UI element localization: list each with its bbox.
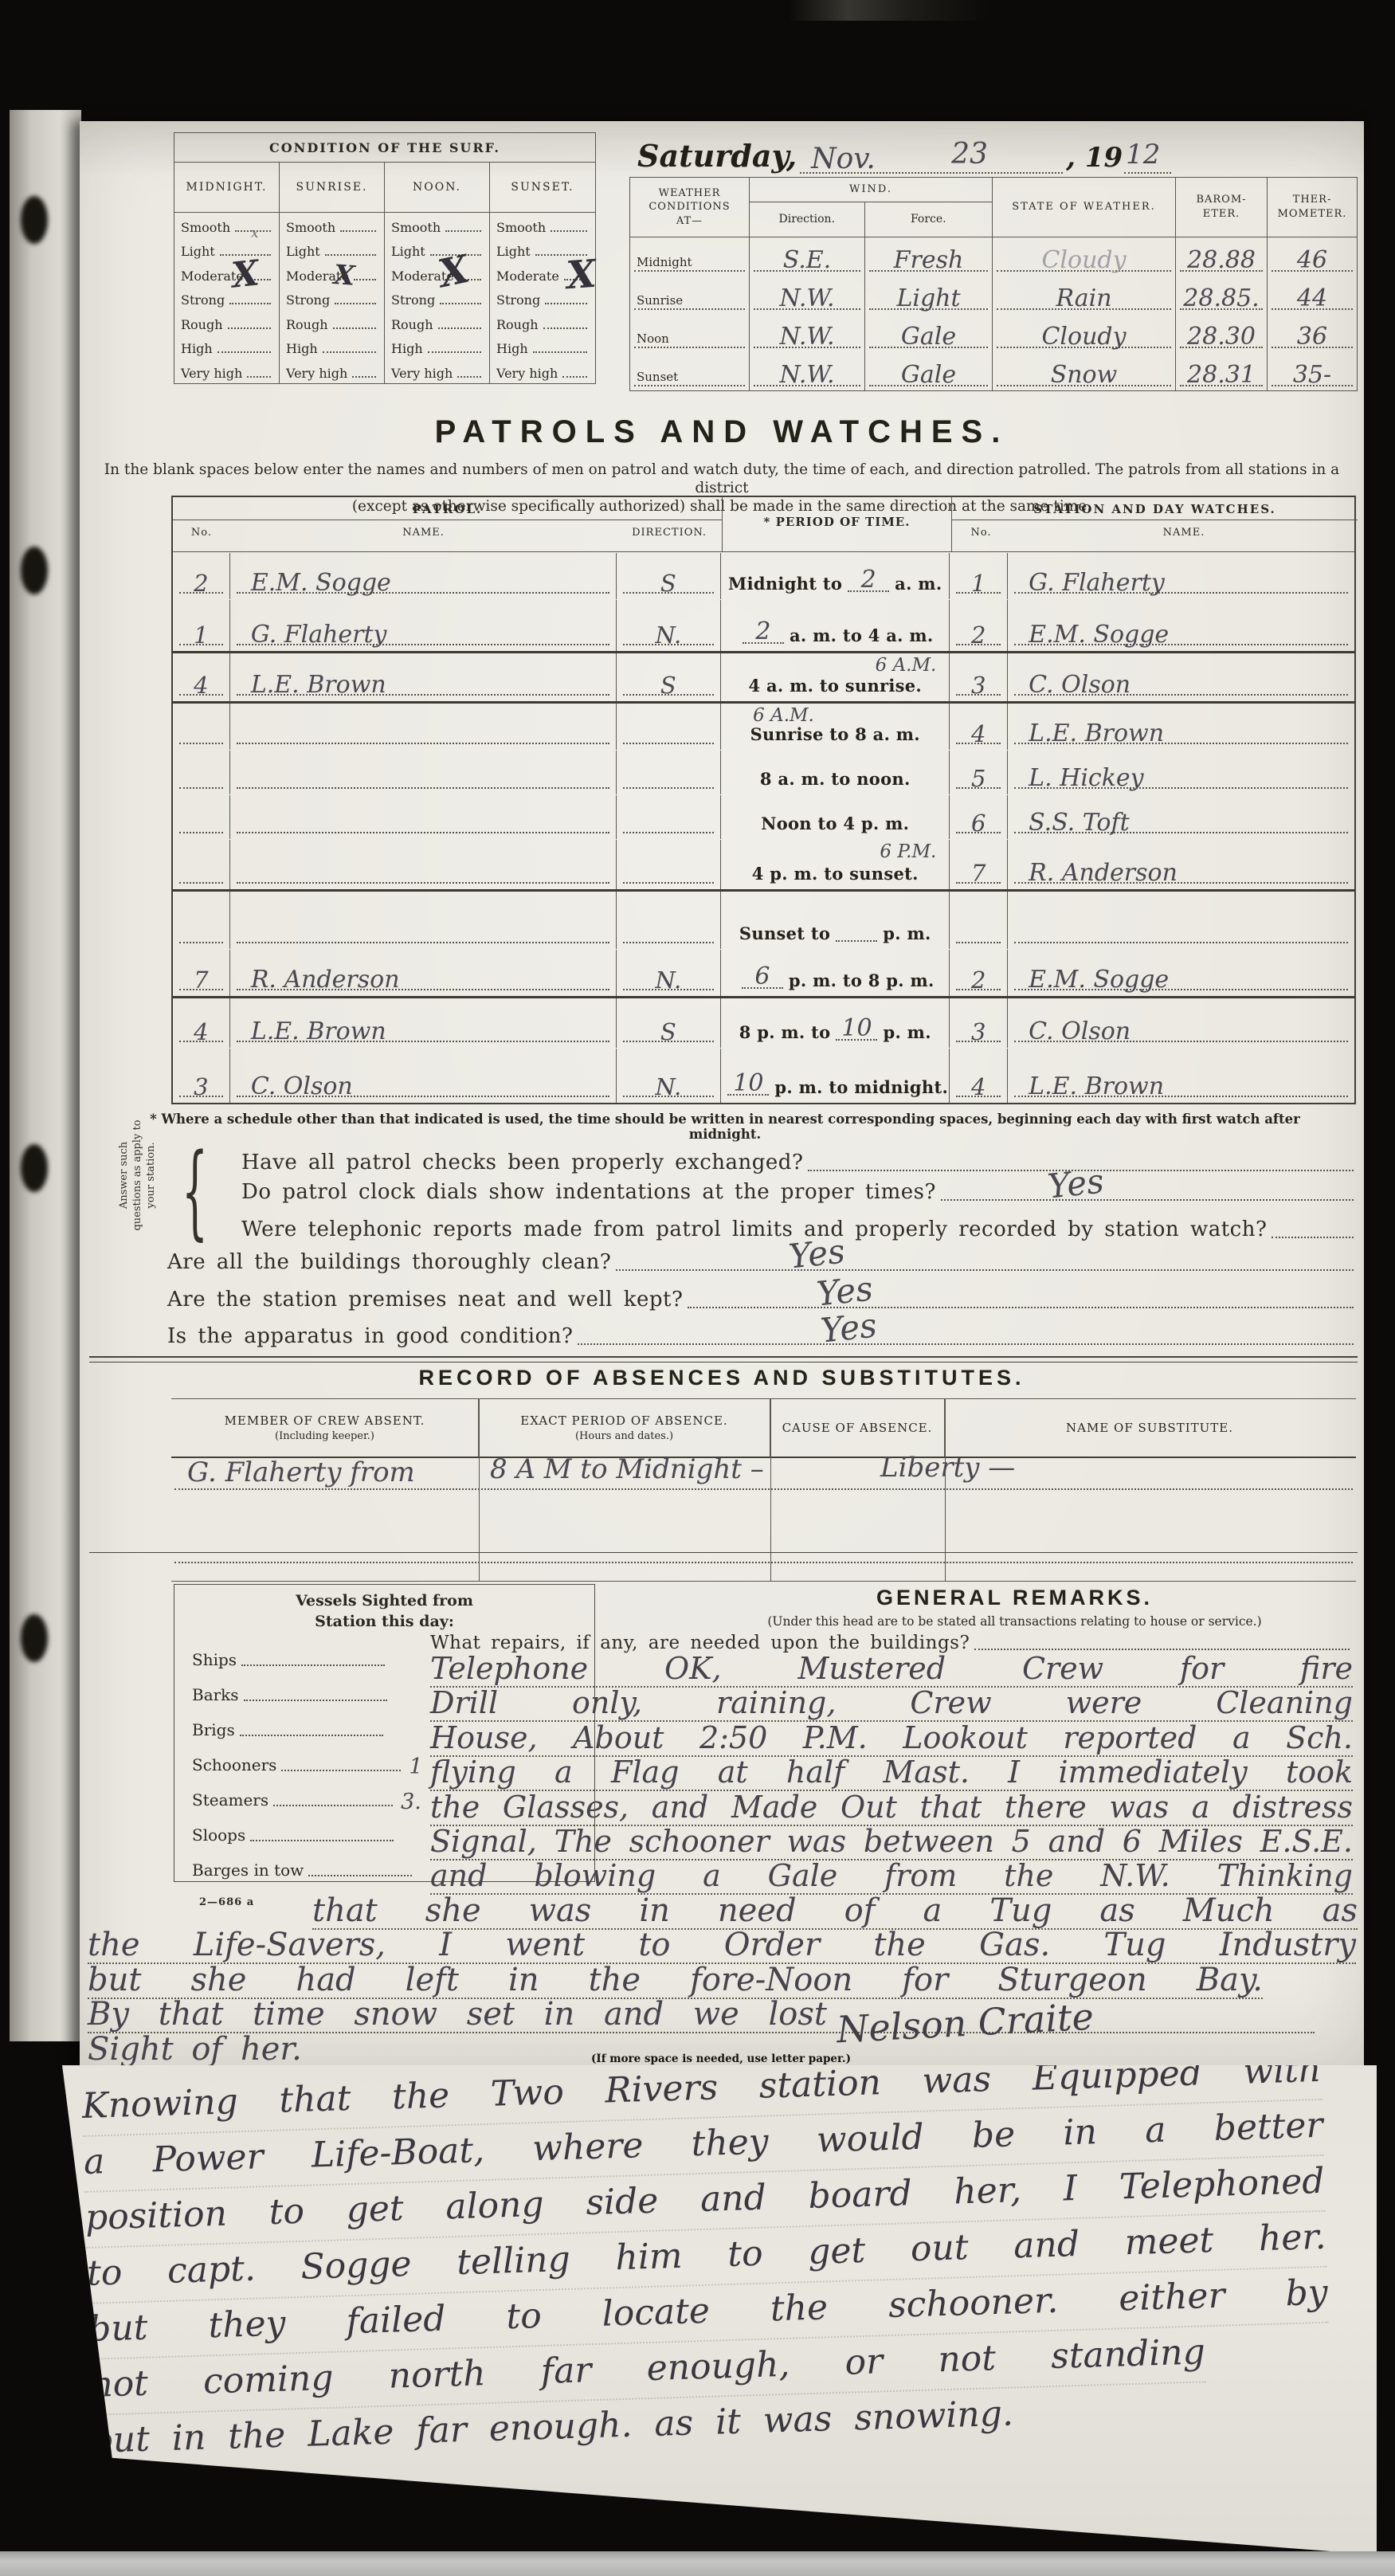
- more-space-note: (If more space is needed, use letter pap…: [510, 2053, 932, 2065]
- book-binding-edge: [10, 110, 81, 2041]
- period-printed: Midnight to: [728, 575, 842, 592]
- question-text: Were telephonic reports made from patrol…: [241, 1217, 1267, 1241]
- surf-mark-sunrise: X: [333, 261, 356, 290]
- watch-name: S.S. Toft: [1029, 809, 1129, 837]
- remark-line: the Life-Savers, I went to Order the Gas…: [88, 1927, 1356, 1964]
- surf-col-noon: NOON.: [385, 163, 490, 212]
- state-entry: Rain: [993, 284, 1175, 312]
- note-text-block: Knowing that the Two Rivers station was …: [81, 2045, 1332, 2470]
- vessels-heading-line2: Station this day:: [315, 1613, 454, 1630]
- weather-time-label: Sunrise: [637, 293, 683, 308]
- remark-line: House, About 2:50 P.M. Lookout reported …: [430, 1720, 1353, 1757]
- question-answer-written: Yes: [819, 1305, 879, 1350]
- wind-direction-entry: N.W.: [750, 361, 864, 389]
- watch-name: R. Anderson: [1029, 859, 1178, 887]
- period-printed: p. m. to 8 p. m.: [789, 972, 935, 989]
- barometer-entry: 28.85.: [1176, 284, 1267, 312]
- patrol-table-header: PATROL. No. NAME. DIRECTION. * PERIOD OF…: [173, 497, 1354, 552]
- patrol-table: PATROL. No. NAME. DIRECTION. * PERIOD OF…: [171, 496, 1356, 1104]
- date-month-written: Nov.: [811, 143, 876, 175]
- date-year-prefix: , 19: [1066, 142, 1123, 174]
- attached-note-paper: Knowing that the Two Rivers station was …: [62, 2065, 1377, 2575]
- wind-direction-entry: N.W.: [750, 284, 864, 312]
- watch-name: L.E. Brown: [1029, 719, 1164, 747]
- patrol-row: 4 L.E. Brown S 8 p. m. to10p. m. 3 C. Ol…: [173, 996, 1354, 1048]
- wind-direction-entry: N.W.: [750, 323, 864, 351]
- absences-table-header: MEMBER OF CREW ABSENT.(Including keeper.…: [171, 1399, 1356, 1458]
- watch-name: C. Olson: [1029, 1017, 1130, 1045]
- weather-row-sunrise: Sunrise N.W. Light Rain 28.85. 44: [630, 276, 1357, 314]
- date-year-written: 12: [1124, 139, 1171, 174]
- period-printed: a. m. to 4 a. m.: [790, 627, 934, 644]
- weather-table-header: WEATHER CONDITIONS AT— WIND. Direction. …: [630, 178, 1357, 237]
- vessel-type-label: Barges in tow: [192, 1860, 304, 1880]
- watches-header-label: STATION AND DAY WATCHES.: [952, 497, 1358, 520]
- question-line: Do patrol clock dials show indentations …: [241, 1177, 1357, 1204]
- patrol-row: Noon to 4 p. m. 6 S.S. Toft: [173, 794, 1354, 839]
- wind-force-entry: Gale: [865, 361, 992, 389]
- absence-cause-written: Liberty —: [880, 1452, 1015, 1484]
- patrolman-number: 4: [173, 672, 229, 699]
- vessels-heading-line1: Vessels Sighted from: [296, 1592, 473, 1610]
- surf-level: Rough: [286, 317, 328, 332]
- patrol-row: 6 A.M.Sunrise to 8 a. m. 4 L.E. Brown: [173, 701, 1354, 750]
- scan-smudge: [789, 0, 988, 21]
- remark-line: By that time snow set in and we lost: [88, 1997, 1315, 2033]
- question-line: Are all the buildings thoroughly clean? …: [167, 1247, 1357, 1274]
- absences-col-sublabel: (Hours and dates.): [479, 1430, 770, 1442]
- surf-level: Light: [181, 244, 215, 259]
- thermometer-entry: 44: [1268, 284, 1357, 312]
- patrolman-name: E.M. Sogge: [251, 569, 391, 597]
- question-line: Have all patrol checks been properly exc…: [241, 1147, 1357, 1174]
- surf-level: Rough: [496, 317, 539, 332]
- col-name-label: NAME.: [1010, 520, 1358, 539]
- surf-level: Very high: [496, 366, 558, 381]
- surf-level: Smooth: [181, 220, 230, 235]
- state-entry: Cloudy: [993, 323, 1175, 351]
- weather-header-line: CONDITIONS: [630, 200, 749, 214]
- surf-level: Strong: [286, 292, 330, 308]
- surf-level: Moderate: [496, 269, 559, 284]
- remark-line: Drill only, raining, Crew were Cleaning: [430, 1685, 1353, 1722]
- barometer-entry: 28.31: [1176, 361, 1267, 389]
- wind-force-entry: Gale: [865, 323, 992, 351]
- weather-row-sunset: Sunset N.W. Gale Snow 28.31 35-: [630, 352, 1357, 390]
- period-written: 2: [861, 566, 876, 594]
- surf-level: Very high: [391, 366, 453, 381]
- watch-number: 4: [950, 1073, 1007, 1100]
- patrol-direction: S: [617, 570, 721, 597]
- barometer-label: ETER.: [1176, 207, 1267, 222]
- section-divider: [89, 1356, 1358, 1362]
- surf-level: Strong: [391, 292, 435, 308]
- weather-col-thermometer: THER- MOMETER.: [1268, 178, 1357, 237]
- patrolman-name: G. Flaherty: [251, 621, 387, 649]
- weather-row-noon: Noon N.W. Gale Cloudy 28.30 36: [630, 314, 1357, 352]
- watch-number: 5: [950, 765, 1007, 792]
- period-printed: 4 p. m. to sunset.: [752, 865, 919, 882]
- patrolman-name: R. Anderson: [251, 966, 400, 994]
- watch-number: 2: [950, 966, 1007, 994]
- weather-col-wind: WIND. Direction. Force.: [750, 178, 993, 237]
- write-in-line: [174, 1562, 1353, 1563]
- surf-level: Light: [391, 244, 425, 259]
- weather-col-conditions: WEATHER CONDITIONS AT—: [630, 178, 750, 237]
- question-line: Is the apparatus in good condition? Yes: [167, 1321, 1357, 1348]
- vessel-type-label: Steamers: [192, 1790, 268, 1809]
- barometer-entry: 28.30: [1176, 323, 1267, 351]
- watch-number: 6: [950, 810, 1007, 837]
- remark-line: and blowing a Gale from the N.W. Thinkin…: [430, 1858, 1353, 1895]
- period-printed: a. m.: [895, 575, 942, 592]
- patrol-row: 8 a. m. to noon. 5 L. Hickey: [173, 750, 1354, 794]
- surf-level: High: [496, 341, 528, 356]
- weather-time-label: Sunset: [637, 370, 678, 384]
- period-printed: 4 a. m. to sunrise.: [748, 677, 922, 694]
- surf-mark-midnight: X: [230, 256, 261, 293]
- weather-header-line: AT—: [630, 214, 749, 229]
- patrolman-number: 2: [173, 570, 229, 597]
- question-answer-written: Yes: [787, 1231, 847, 1276]
- thermometer-entry: 36: [1268, 323, 1357, 351]
- scan-bottom-strip: [0, 2551, 1395, 2576]
- period-printed: Sunset to: [739, 925, 830, 942]
- patrol-row: 6 P.M.4 p. m. to sunset. 7 R. Anderson: [173, 839, 1354, 889]
- surf-level: Strong: [181, 292, 225, 308]
- question-answer-written: Yes: [1046, 1161, 1106, 1206]
- binding-mark: [21, 1144, 48, 1192]
- surf-table-header: MIDNIGHT. SUNRISE. NOON. SUNSET.: [174, 163, 595, 213]
- absences-section-title: RECORD OF ABSENCES AND SUBSTITUTES.: [80, 1366, 1364, 1390]
- vessel-type-label: Sloops: [192, 1825, 245, 1845]
- patrol-row: Sunset top. m.: [173, 889, 1354, 949]
- watch-number: 3: [950, 672, 1007, 699]
- surf-mark-sunset: X: [565, 255, 598, 295]
- general-remarks-title: GENERAL REMARKS.: [594, 1586, 1395, 1610]
- watch-name: L.E. Brown: [1029, 1072, 1164, 1100]
- thermometer-label: MOMETER.: [1268, 207, 1357, 222]
- surf-level: Strong: [496, 292, 540, 308]
- absences-col-label: NAME OF SUBSTITUTE.: [945, 1421, 1354, 1435]
- period-printed: p. m.: [883, 925, 931, 942]
- watch-name: E.M. Sogge: [1029, 621, 1169, 649]
- wind-direction-label: Direction.: [750, 202, 865, 237]
- date-line: Saturday, Nov. 23 , 19 12: [637, 132, 1171, 174]
- surf-level: Smooth: [391, 220, 441, 235]
- surf-table-title: CONDITION OF THE SURF.: [174, 133, 595, 163]
- period-printed: Sunrise to 8 a. m.: [750, 726, 920, 743]
- remark-line: that she was in need of a Tug as Much as: [312, 1893, 1358, 1930]
- binding-mark: [21, 547, 48, 594]
- wind-label: WIND.: [750, 178, 992, 202]
- surf-col-sunrise: SUNRISE.: [280, 163, 385, 212]
- weather-time-label: Midnight: [637, 255, 692, 269]
- table-divider: [945, 1399, 946, 1581]
- period-written: 2: [755, 618, 770, 645]
- watch-name: C. Olson: [1029, 671, 1130, 699]
- patrolman-number: 3: [173, 1073, 229, 1100]
- form-number: 2—686 a: [199, 1896, 254, 1908]
- col-direction-label: DIRECTION.: [617, 520, 722, 539]
- period-printed: p. m. to midnight.: [774, 1079, 948, 1096]
- period-printed: 8 a. m. to noon.: [760, 770, 911, 787]
- patrolman-name: L.E. Brown: [251, 671, 386, 699]
- date-day-label: Saturday,: [637, 138, 797, 174]
- surf-col-midnight: MIDNIGHT.: [174, 163, 280, 212]
- question-text: Have all patrol checks been properly exc…: [241, 1151, 803, 1174]
- state-entry: Snow: [993, 361, 1175, 389]
- state-entry: Cloudy: [993, 246, 1175, 274]
- surf-level: High: [391, 341, 423, 356]
- question-text: Do patrol clock dials show indentations …: [241, 1180, 936, 1204]
- period-of-time-label: * PERIOD OF TIME.: [764, 515, 911, 529]
- vessel-count-written: 1: [409, 1755, 422, 1779]
- patrol-direction: N.: [617, 966, 721, 994]
- absences-col-label: CAUSE OF ABSENCE.: [770, 1421, 944, 1435]
- write-in-line: [174, 1488, 1353, 1490]
- col-no-label: No.: [952, 520, 1010, 539]
- patrols-section-title: PATROLS AND WATCHES.: [80, 414, 1364, 450]
- period-printed: Noon to 4 p. m.: [761, 815, 909, 832]
- patrol-row: 4 L.E. Brown S 6 A.M.4 a. m. to sunrise.…: [173, 651, 1354, 701]
- surf-level: Smooth: [496, 220, 546, 235]
- watch-name: G. Flaherty: [1029, 569, 1165, 597]
- wind-direction-entry: S.E.: [750, 246, 864, 274]
- binding-mark: [21, 1614, 48, 1662]
- remark-line: flying a Flag at half Mast. I immediatel…: [430, 1755, 1353, 1791]
- question-text: Are all the buildings thoroughly clean?: [167, 1250, 611, 1274]
- scanned-logbook-photo: CONDITION OF THE SURF. MIDNIGHT. SUNRISE…: [0, 0, 1395, 2576]
- surf-level: Very high: [286, 366, 347, 381]
- vessel-type-label: Barks: [192, 1685, 239, 1704]
- patrolman-name: L.E. Brown: [251, 1017, 386, 1045]
- watch-number: 2: [950, 621, 1007, 649]
- weather-row-midnight: Midnight S.E. Fresh Cloudy 28.88 46: [630, 237, 1357, 276]
- table-divider: [479, 1399, 480, 1581]
- thermometer-label: THER-: [1268, 193, 1357, 207]
- questions-brace: {: [182, 1135, 208, 1252]
- patrol-direction: S: [617, 1018, 721, 1045]
- binding-mark: [21, 196, 48, 244]
- col-name-label: NAME.: [230, 520, 617, 539]
- surf-level: High: [181, 341, 213, 356]
- watch-number: 1: [950, 570, 1007, 597]
- period-note-written: 6 A.M.: [753, 705, 814, 726]
- absent-member-written: G. Flaherty from: [187, 1457, 415, 1488]
- vessels-box-heading: Vessels Sighted from Station this day:: [174, 1585, 594, 1632]
- period-note-written: 6 A.M.: [876, 655, 937, 676]
- weather-table: WEATHER CONDITIONS AT— WIND. Direction. …: [629, 177, 1358, 391]
- question-text: Are the station premises neat and well k…: [167, 1288, 683, 1312]
- period-written: 6: [754, 963, 770, 990]
- thermometer-entry: 46: [1268, 246, 1357, 274]
- watch-number: 3: [950, 1018, 1007, 1045]
- patrol-row: 1 G. Flaherty N. 2a. m. to 4 a. m. 2 E.M…: [173, 599, 1354, 651]
- watch-name: E.M. Sogge: [1029, 966, 1169, 994]
- vessel-type-label: Brigs: [192, 1720, 235, 1739]
- barometer-label: BAROM-: [1176, 193, 1267, 207]
- remark-line: the Glasses, and Made Out that there was…: [430, 1790, 1353, 1826]
- wind-force-label: Force.: [865, 202, 992, 237]
- patrol-row: 2 E.M. Sogge S Midnight to2a. m. 1 G. Fl…: [173, 552, 1354, 599]
- question-text: Is the apparatus in good condition?: [167, 1324, 573, 1348]
- surf-level: Rough: [181, 317, 223, 332]
- weather-time-label: Noon: [637, 331, 669, 346]
- vessel-type-label: Ships: [192, 1650, 237, 1669]
- watch-name: L. Hickey: [1029, 764, 1143, 792]
- state-of-weather-label: STATE OF WEATHER.: [993, 200, 1175, 214]
- surf-level: Very high: [181, 366, 242, 381]
- surf-level: Light: [496, 244, 531, 259]
- watch-number: 4: [950, 720, 1007, 747]
- surf-level: Smooth: [286, 220, 335, 235]
- absences-table: MEMBER OF CREW ABSENT.(Including keeper.…: [171, 1398, 1356, 1582]
- wind-force-entry: Fresh: [865, 246, 992, 274]
- surf-level: High: [286, 341, 318, 356]
- table-divider: [770, 1399, 771, 1581]
- absences-col-sublabel: (Including keeper.): [171, 1430, 478, 1442]
- col-no-label: No.: [173, 520, 230, 539]
- log-page: CONDITION OF THE SURF. MIDNIGHT. SUNRISE…: [80, 121, 1364, 2075]
- remark-line: Signal, The schooner was between 5 and 6…: [430, 1824, 1353, 1860]
- surf-col-sunset: SUNSET.: [490, 163, 595, 212]
- vessel-type-label: Schooners: [192, 1755, 276, 1774]
- patrolman-name: C. Olson: [251, 1072, 353, 1100]
- patrolman-number: 1: [173, 621, 229, 649]
- weather-col-state: STATE OF WEATHER.: [993, 178, 1176, 237]
- patrol-direction: N.: [617, 621, 721, 649]
- patrol-direction: N.: [617, 1073, 721, 1100]
- question-line: Are the station premises neat and well k…: [167, 1284, 1357, 1312]
- remark-line: Telephone OK, Mustered Crew for fire: [430, 1651, 1353, 1688]
- period-printed: 8 p. m. to: [739, 1024, 831, 1041]
- absences-col-label: EXACT PERIOD OF ABSENCE.: [479, 1413, 770, 1428]
- patrolman-number: 7: [173, 966, 229, 994]
- absences-col-label: MEMBER OF CREW ABSENT.: [171, 1413, 478, 1428]
- surf-level: Light: [286, 244, 320, 259]
- surf-level: Rough: [391, 317, 433, 332]
- general-remarks-subtitle: (Under this head are to be stated all tr…: [594, 1614, 1395, 1629]
- wind-force-entry: Light: [865, 284, 992, 312]
- questions-side-note: Answer such questions as apply to your s…: [118, 1115, 174, 1235]
- patrol-direction: S: [617, 672, 721, 699]
- patrol-header-label: PATROL.: [173, 497, 722, 520]
- weather-col-barometer: BAROM- ETER.: [1176, 178, 1268, 237]
- surf-table-body: SmoothSmoothSmoothSmooth LightLightLight…: [174, 213, 595, 383]
- thermometer-entry: 35-: [1268, 361, 1357, 389]
- date-write-in-line: Nov. 23: [800, 135, 1063, 174]
- weather-header-line: WEATHER: [630, 186, 749, 201]
- date-daynumber-written: 23: [951, 138, 988, 171]
- surf-condition-table: CONDITION OF THE SURF. MIDNIGHT. SUNRISE…: [174, 132, 596, 384]
- surf-stray-mark: x: [251, 225, 259, 241]
- period-note-written: 6 P.M.: [880, 841, 936, 862]
- watch-number: 7: [950, 860, 1007, 887]
- patrol-footnote: * Where a schedule other than that indic…: [127, 1112, 1323, 1142]
- remark-line: but she had left in the fore-Noon for St…: [88, 1962, 1263, 1999]
- section-divider: [89, 1552, 1358, 1553]
- absence-period-written: 8 A M to Midnight –: [490, 1453, 764, 1485]
- vessel-count-written: 3.: [401, 1790, 421, 1814]
- barometer-entry: 28.88: [1176, 246, 1267, 274]
- period-printed: p. m.: [883, 1024, 931, 1041]
- patrol-row: 3 C. Olson N. 10p. m. to midnight. 4 L.E…: [173, 1048, 1354, 1103]
- patrolman-number: 4: [173, 1018, 229, 1045]
- period-written: 10: [733, 1069, 763, 1097]
- instructions-line1: In the blank spaces below enter the name…: [104, 461, 1339, 496]
- patrol-row: 7 R. Anderson N. 6p. m. to 8 p. m. 2 E.M…: [173, 949, 1354, 996]
- period-written: 10: [841, 1014, 872, 1042]
